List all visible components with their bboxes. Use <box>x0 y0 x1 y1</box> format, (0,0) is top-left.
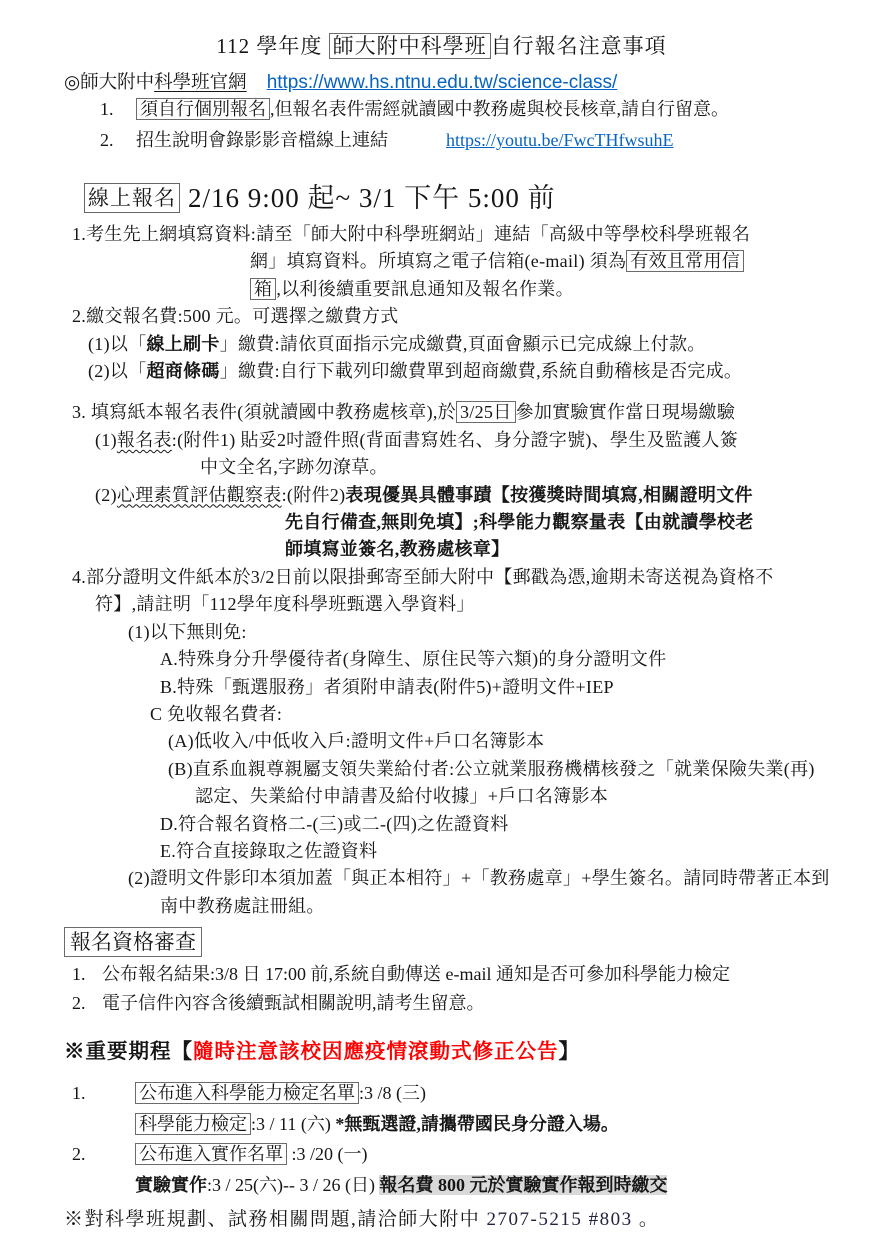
schedule-item-2-boxed: 公布進入實作名單 <box>135 1143 287 1165</box>
step4-sub1-e: E.符合直接錄取之佐證資料 <box>160 838 883 865</box>
step4-sub2-line2: 南中教務處註冊組。 <box>160 893 883 920</box>
schedule-item-3: 實驗實作:3 / 25(六)-- 3 / 26 (日) 報名費 800 元於實驗… <box>135 1170 883 1201</box>
step3-form2-line1: (2)心理素質評估觀察表:(附件2)表現優異具體事蹟【按獲獎時間填寫,相關證明文… <box>95 482 883 509</box>
option2-method: 超商條碼 <box>147 361 220 381</box>
intro-item-1-text: ,但報名表件需經就讀國中教務處與校長核章,請自行留意。 <box>270 99 729 119</box>
schedule-item-1b-note: *無甄選證,請攜帶國民身分證入場。 <box>335 1114 619 1134</box>
contact-phone: 2707-5215 #803 <box>487 1209 633 1230</box>
intro-item-1: 1.須自行個別報名,但報名表件需經就讀國中教務處與校長核章,請自行留意。 <box>100 94 883 125</box>
step1-text-2: 網」填寫資料。所填寫之電子信箱(e-mail) 須為 <box>250 251 626 271</box>
schedule-item-2-number: 2. <box>72 1139 135 1170</box>
form1-name: 報名表 <box>117 430 172 450</box>
online-step3: 3. 填寫紙本報名表件(須就讀國中教務處核章),於3/25日參加實驗實作當日現場… <box>72 399 883 426</box>
step1-text-3: ,以利後續重要訊息通知及報名作業。 <box>276 279 574 299</box>
step3-form1-line2: 中文全名,字跡勿潦草。 <box>200 454 883 481</box>
qualification-review-badge: 報名資格審查 <box>64 927 202 957</box>
schedule-item-1b: 科學能力檢定:3 / 11 (六) *無甄選證,請攜帶國民身分證入場。 <box>135 1109 883 1140</box>
online-step1-line1: 1.考生先上網填寫資料:請至「師大附中科學班網站」連結「高級中等學校科學班報名 <box>72 221 883 248</box>
step1-boxed-email-1: 有效且常用信 <box>626 250 744 272</box>
online-registration-heading: 線上報名2/16 9:00 起~ 3/1 下午 5:00 前 <box>84 176 883 215</box>
step3-boxed-date: 3/25日 <box>456 401 516 423</box>
step4-sub1-header: (1)以下無則免: <box>128 619 883 646</box>
schedule-item-1b-boxed: 科學能力檢定 <box>135 1113 251 1135</box>
step4-sub1-a: A.特殊身分升學優待者(身障生、原住民等六類)的身分證明文件 <box>160 646 883 673</box>
title-pre: 112 學年度 <box>216 34 322 58</box>
sub1-e-text: E.符合直接錄取之佐證資料 <box>160 841 377 861</box>
schedule-item-1-number: 1. <box>72 1078 135 1109</box>
schedule-item-2: 2.公布進入實作名單 :3 /20 (一) <box>72 1139 883 1170</box>
schedule-item-3-label: 實驗實作 <box>135 1175 207 1195</box>
option1-pre: (1)以「 <box>88 334 147 354</box>
sub1-c-text: C 免收報名費者: <box>150 704 282 724</box>
sub1-cb-text-2: 認定、失業給付申請書及給付收據」+戶口名簿影本 <box>195 786 608 806</box>
intro-item-2-text: 招生說明會錄影影音檔線上連結 <box>136 130 388 150</box>
contact-footer: ※對科學班規劃、試務相關問題,請洽師大附中 2707-5215 #803 。 <box>64 1204 883 1231</box>
step3-form2-line3: 師填寫並簽名,教務處核章】 <box>285 536 883 563</box>
page-title: 112 學年度 師大附中科學班自行報名注意事項 <box>0 0 883 60</box>
option1-method: 線上刷卡 <box>147 334 220 354</box>
review-item-2-number: 2. <box>72 989 102 1018</box>
sub1-cb-text-1: (B)直系血親尊親屬支領失業給付者:公立就業服務機構核發之「就業保險失業(再) <box>168 759 815 779</box>
step4-sub1-c-b-line1: (B)直系血親尊親屬支領失業給付者:公立就業服務機構核發之「就業保險失業(再) <box>168 756 883 783</box>
qualification-review-heading: 報名資格審查 <box>64 926 883 956</box>
sub2-text-1: (2)證明文件影印本須加蓋「與正本相符」+「教務處章」+學生簽名。請同時帶著正本… <box>128 868 830 888</box>
review-item-1: 1.公布報名結果:3/8 日 17:00 前,系統自動傳送 e-mail 通知是… <box>72 960 883 989</box>
review-item-1-text: 公布報名結果:3/8 日 17:00 前,系統自動傳送 e-mail 通知是否可… <box>102 964 730 984</box>
schedule-head-pre: ※重要期程【 <box>64 1041 193 1063</box>
official-site-line: ◎師大附中科學班官網https://www.hs.ntnu.edu.tw/sci… <box>64 68 883 94</box>
step4-sub1-c-a: (A)低收入/中低收入戶:證明文件+戶口名簿影本 <box>168 728 883 755</box>
schedule-head-post: 】 <box>559 1041 581 1063</box>
step4-sub1-d: D.符合報名資格二-(三)或二-(四)之佐證資料 <box>160 811 883 838</box>
online-step4-line1: 4.部分證明文件紙本於3/2日前以限掛郵寄至師大附中【郵戳為憑,逾期未寄送視為資… <box>72 564 883 591</box>
intro-item-1-number: 1. <box>100 94 136 125</box>
step1-text-1: 考生先上網填寫資料:請至「師大附中科學班網站」連結「高級中等學校科學班報名 <box>86 224 750 244</box>
schedule-item-2-date: :3 /20 (一) <box>287 1144 368 1164</box>
spacer <box>0 385 883 399</box>
sub1-a-text: A.特殊身分升學優待者(身障生、原住民等六類)的身分證明文件 <box>160 649 666 669</box>
option1-rest: 」繳費:請依頁面指示完成繳費,頁面會顯示已完成線上付款。 <box>220 334 706 354</box>
title-boxed: 師大附中科學班 <box>329 33 491 59</box>
step4-sub1-c: C 免收報名費者: <box>150 701 883 728</box>
online-registration-period: 2/16 9:00 起~ 3/1 下午 5:00 前 <box>188 183 556 213</box>
schedule-item-1-date: :3 /8 (三) <box>359 1083 426 1103</box>
site-name: 科學班官網 <box>154 73 247 93</box>
form2-bold-1: 表現優異具體事蹟【按獲獎時間填寫,相關證明文件 <box>345 485 752 505</box>
schedule-item-3-fee-highlight: 報名費 800 元於實驗實作報到時繳交 <box>379 1175 667 1195</box>
form2-number: (2) <box>95 485 117 505</box>
contact-end: 。 <box>633 1209 660 1230</box>
step1-number: 1. <box>72 224 86 244</box>
step4-text-2: 符】,請註明「112學年度科學班甄選入學資料」 <box>95 594 475 614</box>
option2-pre: (2)以「 <box>88 361 147 381</box>
intro-item-2: 2.招生說明會錄影影音檔線上連結https://youtu.be/FwcTHfw… <box>100 125 883 156</box>
site-mark: ◎ <box>64 73 80 93</box>
youtube-link[interactable]: https://youtu.be/FwcTHfwsuhE <box>446 130 674 150</box>
sub1-ca-text: (A)低收入/中低收入戶:證明文件+戶口名簿影本 <box>168 731 544 751</box>
step4-text-1: 4.部分證明文件紙本於3/2日前以限掛郵寄至師大附中【郵戳為憑,逾期未寄送視為資… <box>72 567 774 587</box>
step4-sub1-b: B.特殊「甄選服務」者須附申請表(附件5)+證明文件+IEP <box>160 674 883 701</box>
document-page: 112 學年度 師大附中科學班自行報名注意事項 ◎師大附中科學班官網https:… <box>0 0 883 1249</box>
step1-boxed-email-2: 箱 <box>250 278 276 300</box>
schedule-item-3-date: :3 / 25(六)-- 3 / 26 (日) <box>207 1175 379 1195</box>
form1-text: :(附件1) 貼妥2吋證件照(背面書寫姓名、身分證字號)、學生及監護人簽 <box>172 430 738 450</box>
form2-attach: :(附件2) <box>282 485 346 505</box>
form1-text-2: 中文全名,字跡勿潦草。 <box>200 457 388 477</box>
schedule-item-1: 1.公布進入科學能力檢定名單:3 /8 (三) <box>72 1078 883 1109</box>
online-step2-option2: (2)以「超商條碼」繳費:自行下載列印繳費單到超商繳費,系統自動稽核是否完成。 <box>88 358 883 385</box>
form2-bold-2: 先自行備查,無則免填】;科學能力觀察量表【由就讀學校老 <box>285 512 754 532</box>
review-item-1-number: 1. <box>72 960 102 989</box>
form2-name: 心理素質評估觀察表 <box>117 485 282 505</box>
online-step2: 2.繳交報名費:500 元。可選擇之繳費方式 <box>72 303 883 330</box>
online-step1-line3: 箱,以利後續重要訊息通知及報名作業。 <box>250 276 883 303</box>
step4-sub2-line1: (2)證明文件影印本須加蓋「與正本相符」+「教務處章」+學生簽名。請同時帶著正本… <box>128 865 883 892</box>
online-step1-line2: 網」填寫資料。所填寫之電子信箱(e-mail) 須為有效且常用信 <box>250 248 883 275</box>
form2-bold-3: 師填寫並簽名,教務處核章】 <box>285 539 509 559</box>
sub1-b-text: B.特殊「甄選服務」者須附申請表(附件5)+證明文件+IEP <box>160 677 614 697</box>
step3-form1-line1: (1)報名表:(附件1) 貼妥2吋證件照(背面書寫姓名、身分證字號)、學生及監護… <box>95 427 883 454</box>
sub1-header-text: (1)以下無則免: <box>128 622 247 642</box>
contact-text: ※對科學班規劃、試務相關問題,請洽師大附中 <box>64 1209 487 1230</box>
online-step4-line2: 符】,請註明「112學年度科學班甄選入學資料」 <box>95 591 883 618</box>
step2-text: 2.繳交報名費:500 元。可選擇之繳費方式 <box>72 306 399 326</box>
online-step2-option1: (1)以「線上刷卡」繳費:請依頁面指示完成繳費,頁面會顯示已完成線上付款。 <box>88 331 883 358</box>
step4-sub1-c-b-line2: 認定、失業給付申請書及給付收據」+戶口名簿影本 <box>195 783 883 810</box>
sub2-text-2: 南中教務處註冊組。 <box>160 896 325 916</box>
intro-item-1-boxed: 須自行個別報名 <box>136 98 270 120</box>
official-site-link[interactable]: https://www.hs.ntnu.edu.tw/science-class… <box>267 72 618 93</box>
form1-number: (1) <box>95 430 117 450</box>
step3-pre: 3. 填寫紙本報名表件(須就讀國中教務處核章),於 <box>72 402 456 422</box>
step3-rest: 參加實驗實作當日現場繳驗 <box>516 402 736 422</box>
option2-rest: 」繳費:自行下載列印繳費單到超商繳費,系統自動稽核是否完成。 <box>220 361 743 381</box>
site-prefix: 師大附中 <box>80 73 154 93</box>
review-item-2-text: 電子信件內容含後續甄試相關說明,請考生留意。 <box>102 993 485 1013</box>
schedule-item-1-boxed: 公布進入科學能力檢定名單 <box>135 1082 359 1104</box>
schedule-head-warning: 隨時注意該校因應疫情滾動式修正公告 <box>193 1041 559 1063</box>
sub1-d-text: D.符合報名資格二-(三)或二-(四)之佐證資料 <box>160 814 509 834</box>
intro-item-2-number: 2. <box>100 125 136 156</box>
important-schedule-heading: ※重要期程【隨時注意該校因應疫情滾動式修正公告】 <box>64 1034 883 1064</box>
title-post: 自行報名注意事項 <box>491 34 667 58</box>
step3-form2-line2: 先自行備查,無則免填】;科學能力觀察量表【由就讀學校老 <box>285 509 883 536</box>
review-item-2: 2.電子信件內容含後續甄試相關說明,請考生留意。 <box>72 989 883 1018</box>
schedule-item-1b-date: :3 / 11 (六) <box>251 1114 335 1134</box>
online-registration-badge: 線上報名 <box>84 183 180 213</box>
